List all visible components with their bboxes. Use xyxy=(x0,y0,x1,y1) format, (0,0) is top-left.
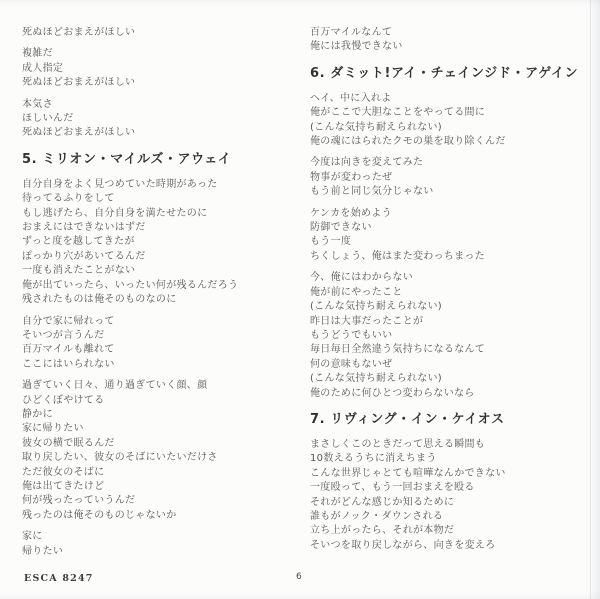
track-heading: 6. ダミット!アイ・チェインジド・アゲイン xyxy=(310,62,588,81)
lyric-line: そいつが言うんだ xyxy=(22,329,290,343)
lyric-line: (こんな気持ち耐えられない) xyxy=(310,300,588,314)
lyric-line: 残されたものは俺そのものなのに xyxy=(22,293,290,307)
lyric-line: まさしくこのときだって思える瞬間も xyxy=(310,438,588,452)
lyric-line: 10数えるうちに消えちまう xyxy=(310,452,588,466)
lyric-line: もう前と同じ気分じゃない xyxy=(310,185,588,199)
lyric-line: (こんな気持ち耐えられない) xyxy=(310,121,588,135)
lyric-line: 俺がここで大胆なことをやってる間に xyxy=(310,106,588,120)
track-heading: 5. ミリオン・マイルズ・アウェイ xyxy=(22,148,290,167)
lyric-line: 帰りたい xyxy=(22,545,290,559)
lyric-line: 本気さ xyxy=(22,98,290,112)
stanza: まさしくこのときだって思える瞬間も10数えるうちに消えちまうこんな世界じゃとても… xyxy=(310,438,588,553)
stanza: 複雑だ成人指定死ぬほどおまえがほしい xyxy=(22,47,290,90)
lyric-line: 何の意味もないぜ xyxy=(310,358,588,372)
lyric-line: 物事が変わったぜ xyxy=(310,171,588,185)
lyric-line: ずっと度を越してきたが xyxy=(22,235,290,249)
lyric-line: ヘイ、中に入れよ xyxy=(310,92,588,106)
lyric-line: ぽっかり穴があいてるんだ xyxy=(22,250,290,264)
stanza: ヘイ、中に入れよ俺がここで大胆なことをやってる間に(こんな気持ち耐えられない)俺… xyxy=(310,92,588,150)
lyric-line: 毎日毎日全然違う気持ちになるなんて xyxy=(310,343,588,357)
stanza: 今、俺にはわからない俺が前にやったこと(こんな気持ち耐えられない)昨日は大事だっ… xyxy=(310,271,588,401)
lyric-line: ケンカを始めよう xyxy=(310,207,588,221)
lyric-line: 過ぎていく日々、通り過ぎていく顔、顔 xyxy=(22,379,290,393)
lyric-line: 家に xyxy=(22,530,290,544)
lyric-line: 複雑だ xyxy=(22,47,290,61)
lyric-line: 取り戻したい、彼女のそばにいたいだけさ xyxy=(22,451,290,465)
lyric-line: 成人指定 xyxy=(22,62,290,76)
track-heading: 7. リヴィング・イン・ケイオス xyxy=(310,408,588,427)
lyric-line: 俺が前にやったこと xyxy=(310,286,588,300)
lyric-line: 百万マイルも離れて xyxy=(22,343,290,357)
lyric-line: ただ彼女のそばに xyxy=(22,466,290,480)
lyric-line: 何が残ったっていうんだ xyxy=(22,494,290,508)
lyric-line: 防御できない xyxy=(310,221,588,235)
stanza: 家に帰りたい xyxy=(22,530,290,559)
lyric-line: 死ぬほどおまえがほしい xyxy=(22,76,290,90)
lyric-line: こんな世界じゃとても喧嘩なんかできない xyxy=(310,467,588,481)
lyric-line: 今度は向きを変えてみた xyxy=(310,156,588,170)
lyric-line: 家に帰りたい xyxy=(22,422,290,436)
lyric-line: それがどんな感じか知るために xyxy=(310,496,588,510)
lyric-line: 一度も消えたことがない xyxy=(22,264,290,278)
lyric-line: そいつを取り戻しながら、向きを変えろ xyxy=(310,539,588,553)
stanza: 自分で家に帰れってそいつが言うんだ百万マイルも離れてここにはいられない xyxy=(22,315,290,373)
stanza: 今度は向きを変えてみた物事が変わったぜもう前と同じ気分じゃない xyxy=(310,156,588,199)
scan-edge-shadow xyxy=(590,0,591,599)
lyric-line: 自分自身をよく見つめていた時期があった xyxy=(22,178,290,192)
lyrics-column-left: 死ぬほどおまえがほしい複雑だ成人指定死ぬほどおまえがほしい本気さほしいんだ死ぬほ… xyxy=(22,26,290,566)
lyric-line: 静かに xyxy=(22,408,290,422)
lyric-line: もう一度 xyxy=(310,235,588,249)
stanza: 過ぎていく日々、通り過ぎていく顔、顔ひどくぼやけてる静かに家に帰りたい彼女の横で… xyxy=(22,379,290,523)
lyric-line: 残ったのは俺そのものじゃないか xyxy=(22,509,290,523)
lyric-line: 俺のために何ひとつ変わらないなら xyxy=(310,387,588,401)
lyric-line: おまえにはできないはずだ xyxy=(22,221,290,235)
lyric-line: 俺は出てきたけど xyxy=(22,480,290,494)
lyric-line: ひどくぼやけてる xyxy=(22,394,290,408)
lyric-line: 俺には我慢できない xyxy=(310,40,588,54)
stanza: 百万マイルなんて俺には我慢できない xyxy=(310,26,588,55)
lyric-line: 百万マイルなんて xyxy=(310,26,588,40)
stanza: ケンカを始めよう防御できないもう一度ちくしょう、俺はまた変わっちまった xyxy=(310,207,588,265)
lyric-line: ちくしょう、俺はまた変わっちまった xyxy=(310,250,588,264)
lyric-line: 今、俺にはわからない xyxy=(310,271,588,285)
lyrics-column-right: 百万マイルなんて俺には我慢できない6. ダミット!アイ・チェインジド・アゲインヘ… xyxy=(310,26,588,560)
lyric-line: もし逃げたら、自分自身を満たせたのに xyxy=(22,207,290,221)
stanza: 自分自身をよく見つめていた時期があった待ってるふりをしてもし逃げたら、自分自身を… xyxy=(22,178,290,308)
page-number: 6 xyxy=(296,572,302,582)
stanza: 死ぬほどおまえがほしい xyxy=(22,26,290,40)
lyric-line: 一度殴って、もう一回おまえを殴る xyxy=(310,481,588,495)
catalog-number: ESCA 8247 xyxy=(24,573,94,584)
stanza: 本気さほしいんだ死ぬほどおまえがほしい xyxy=(22,98,290,141)
lyric-line: 彼女の横で眠るんだ xyxy=(22,437,290,451)
booklet-page: 死ぬほどおまえがほしい複雑だ成人指定死ぬほどおまえがほしい本気さほしいんだ死ぬほ… xyxy=(0,0,600,599)
lyric-line: 昨日は大事だったことが xyxy=(310,315,588,329)
lyric-line: ほしいんだ xyxy=(22,112,290,126)
lyric-line: 待ってるふりをして xyxy=(22,192,290,206)
lyric-line: 俺の魂にはられたクモの巣を取り除くんだ xyxy=(310,135,588,149)
lyric-line: 誰もがノック・ダウンされる xyxy=(310,510,588,524)
lyric-line: もうどうでもいい xyxy=(310,329,588,343)
lyric-line: 俺が出ていったら、いったい何が残るんだろう xyxy=(22,279,290,293)
lyric-line: 死ぬほどおまえがほしい xyxy=(22,26,290,40)
lyric-line: (こんな気持ち耐えられない) xyxy=(310,372,588,386)
lyric-line: 立ち上がったら、それが本物だ xyxy=(310,524,588,538)
lyric-line: ここにはいられない xyxy=(22,358,290,372)
lyric-line: 自分で家に帰れって xyxy=(22,315,290,329)
lyric-line: 死ぬほどおまえがほしい xyxy=(22,126,290,140)
